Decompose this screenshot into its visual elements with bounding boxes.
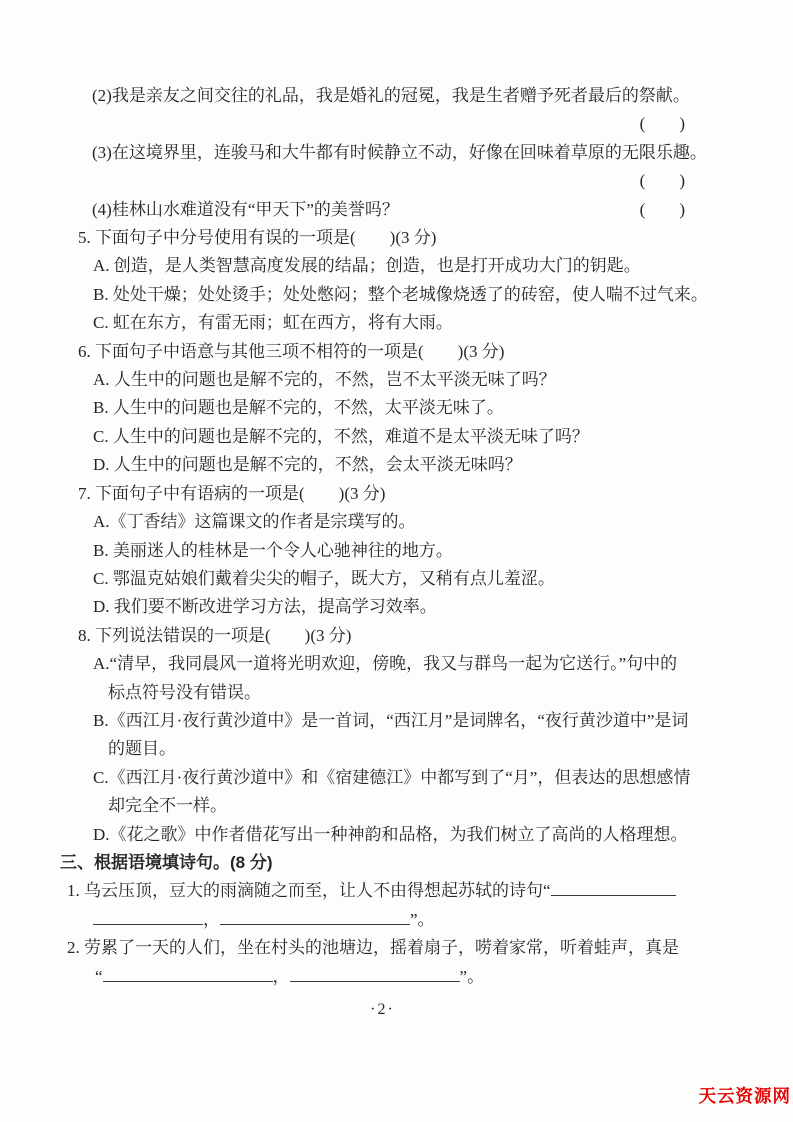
question-8-stem: 8. 下列说法错误的一项是( )(3 分) <box>78 622 705 650</box>
question-8-option-d: D.《花之歌》中作者借花写出一种神韵和品格，为我们树立了高尚的人格理想。 <box>93 821 705 849</box>
question-5-option-a: A. 创造，是人类智慧高度发展的结晶；创造，也是打开成功大门的钥匙。 <box>93 252 705 280</box>
answer-bracket: ( ) <box>640 114 685 133</box>
judge-item-4-row: (4)桂林山水难道没有“甲天下”的美誉吗？ ( ) <box>92 196 705 224</box>
question-8-option-b: B.《西江月·夜行黄沙道中》是一首词，“西江月”是词牌名，“夜行黄沙道中”是词 <box>93 707 705 735</box>
question-7-option-c: C. 鄂温克姑娘们戴着尖尖的帽子，既大方，又稍有点儿羞涩。 <box>93 565 705 593</box>
question-8-option-c: C.《西江月·夜行黄沙道中》和《宿建德江》中都写到了“月”，但表达的思想感情 <box>93 764 705 792</box>
question-5-option-c: C. 虹在东方，有雷无雨；虹在西方，将有大雨。 <box>93 309 705 337</box>
page-number: ·2· <box>60 996 705 1024</box>
fill-item-2-line-1: 2. 劳累了一天的人们，坐在村头的池塘边，摇着扇子，唠着家常，听着蛙声，真是 <box>67 934 705 962</box>
fill-item-2-comma: ， <box>273 967 290 986</box>
section-3-heading: 三、根据语境填诗句。(8 分) <box>60 849 705 877</box>
fill-item-1-text: 1. 乌云压顶，豆大的雨滴随之而至，让人不由得想起苏轼的诗句“ <box>67 881 551 900</box>
exam-page: (2)我是亲友之间交往的礼品，我是婚礼的冠冕，我是生者赠予死者最后的祭献。 ( … <box>0 0 793 1122</box>
judge-item-2-answer-row: ( ) <box>60 110 705 138</box>
fill-item-1-line-2: ，”。 <box>93 906 705 934</box>
question-6-option-b: B. 人生中的问题也是解不完的，不然，太平淡无味了。 <box>93 394 705 422</box>
question-8-option-c-cont: 却完全不一样。 <box>108 792 705 820</box>
judge-item-3-text: (3)在这境界里，连骏马和大牛都有时候静立不动，好像在回味着草原的无限乐趣。 <box>92 139 705 167</box>
fill-item-1-closing: ”。 <box>410 910 435 929</box>
question-7-option-b: B. 美丽迷人的桂林是一个令人心驰神往的地方。 <box>93 537 705 565</box>
answer-blank <box>290 964 460 981</box>
fill-item-2-open-quote: “ <box>95 967 103 986</box>
fill-item-2-line-2: “，”。 <box>95 963 705 991</box>
fill-item-2-closing: ”。 <box>460 967 485 986</box>
question-6-option-c: C. 人生中的问题也是解不完的，不然，难道不是太平淡无味了吗？ <box>93 423 705 451</box>
question-5-option-b: B. 处处干燥；处处烫手；处处憋闷；整个老城像烧透了的砖窑，使人喘不过气来。 <box>93 281 705 309</box>
answer-blank <box>93 908 203 925</box>
judge-item-3-answer-row: ( ) <box>60 167 705 195</box>
question-7-option-a: A.《丁香结》这篇课文的作者是宗璞写的。 <box>93 508 705 536</box>
question-5-stem: 5. 下面句子中分号使用有误的一项是( )(3 分) <box>78 224 705 252</box>
watermark: 天云资源网 <box>699 1083 792 1108</box>
exam-content: (2)我是亲友之间交往的礼品，我是婚礼的冠冕，我是生者赠予死者最后的祭献。 ( … <box>60 82 705 1024</box>
question-6-stem: 6. 下面句子中语意与其他三项不相符的一项是( )(3 分) <box>78 338 705 366</box>
judge-item-4-text: (4)桂林山水难道没有“甲天下”的美誉吗？ <box>92 196 399 224</box>
question-7-option-d: D. 我们要不断改进学习方法，提高学习效率。 <box>93 593 705 621</box>
answer-blank <box>220 908 410 925</box>
question-8-option-a: A.“清早，我同晨风一道将光明欢迎，傍晚，我又与群鸟一起为它送行。”句中的 <box>93 650 705 678</box>
answer-bracket: ( ) <box>640 171 685 190</box>
fill-item-1-line-1: 1. 乌云压顶，豆大的雨滴随之而至，让人不由得想起苏轼的诗句“ <box>67 877 705 905</box>
question-7-stem: 7. 下面句子中有语病的一项是( )(3 分) <box>78 480 705 508</box>
question-6-option-d: D. 人生中的问题也是解不完的，不然，会太平淡无味吗？ <box>93 451 705 479</box>
answer-blank <box>551 879 676 896</box>
fill-item-1-comma: ， <box>203 910 220 929</box>
question-6-option-a: A. 人生中的问题也是解不完的，不然，岂不太平淡无味了吗？ <box>93 366 705 394</box>
answer-bracket: ( ) <box>640 196 685 224</box>
question-8-option-a-cont: 标点符号没有错误。 <box>108 679 705 707</box>
answer-blank <box>103 964 273 981</box>
judge-item-2-text: (2)我是亲友之间交往的礼品，我是婚礼的冠冕，我是生者赠予死者最后的祭献。 <box>92 82 705 110</box>
question-8-option-b-cont: 的题目。 <box>108 735 705 763</box>
